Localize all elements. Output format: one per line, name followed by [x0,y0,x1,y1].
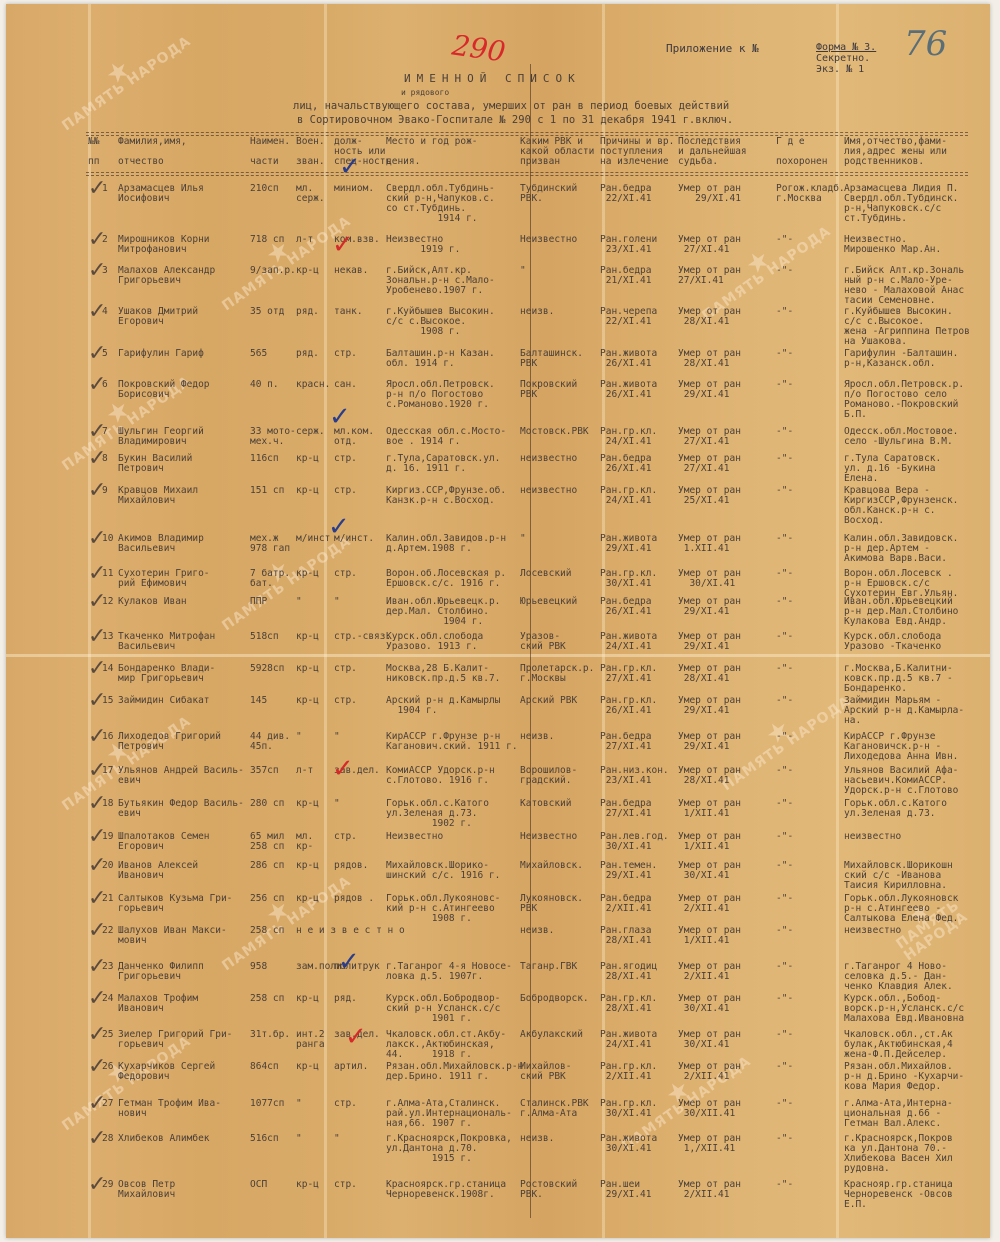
red-hospital-number: 290 [450,28,508,68]
cell-draft: Неизвестно [520,235,577,245]
cell-burial: -"- [776,454,793,464]
cell-outcome: Умер от ран 30/XII.41 [678,1099,741,1119]
cell-unit: 518сп [250,632,279,642]
cell-outcome: Умер от ран 27/XI.41 [678,427,741,447]
cell-draft: Ростовский РВК. [520,1180,577,1200]
cell-cause: Ран.темен. 29/XI.41 [600,861,657,881]
copy-label: Экз. № 1 [816,64,876,75]
cell-rank: " [296,732,302,742]
cell-birth: Рязан.обл.Михайловск.р-н дер.Брино. 1911… [386,1062,523,1082]
cell-rank: ряд. [296,307,319,317]
cell-draft: неизв. [520,1134,554,1144]
cell-unit: ОСП [250,1180,267,1190]
cell-cause: Ран.гр.кл. 27/XI.41 [600,664,657,684]
secret-label: Секретно. [816,53,876,64]
cell-unit: 718 сп [250,235,284,245]
cell-rank: " [296,597,302,607]
cell-rank: кр-ц [296,486,319,496]
cell-relatives: неизвестно [844,832,901,842]
cell-position: стр. [334,486,357,496]
cell-position: стр. [334,696,357,706]
cell-burial: -"- [776,926,793,936]
cell-rank: н е и з в е с т н о [296,926,405,936]
cell-name: Кравцов Михаил Михайлович [118,486,198,506]
cell-rank: кр-ц [296,861,319,871]
cell-outcome: Умер от ран 30/XI.41 [678,994,741,1014]
cell-draft: Михайлов- ский РВК [520,1062,571,1082]
cell-outcome: Умер от ран 2/XII.41 [678,1180,741,1200]
cell-unit: 116сп [250,454,279,464]
column-header-rank: Воен. зван. [296,137,325,167]
cell-cause: Ран.бедра 22/XI.41 [600,184,651,204]
cell-relatives: г.Бийск Алт.кр.Зональ ный р-н с.Мало-Уре… [844,266,964,306]
cell-burial: -"- [776,1134,793,1144]
cell-draft: неизвестно [520,486,577,496]
cell-relatives: г.Таганрог 4 Ново- селовка д.5.- Дан- че… [844,962,953,992]
cell-relatives: Одесск.обл.Мостовое. село -Шульгина В.М. [844,427,958,447]
cell-outcome: Умер от ран 27/XI.41 [678,266,741,286]
cell-draft: неизв. [520,732,554,742]
cell-birth: Михайловск.Шорико- шинский с/с. 1916 г. [386,861,500,881]
cell-rank: кр-ц [296,799,319,809]
cell-birth: Яросл.обл.Петровск. р-н п/о Погостово с.… [386,380,495,410]
cell-unit: 151 сп [250,486,284,496]
cell-name: Бондаренко Влади- мир Григорьевич [118,664,215,684]
cell-birth: Курск.обл.Бобродвор- ский р-н Усланск.с/… [386,994,500,1024]
cell-rank: серж. [296,427,325,437]
cell-unit: 286 сп [250,861,284,871]
cell-name: Овсов Петр Михайлович [118,1180,175,1200]
cell-position: ряд. [334,994,357,1004]
cell-name: Данченко Филипп Григорьевич [118,962,204,982]
cell-cause: Ран.лев.год. 30/XI.41 [600,832,669,852]
cell-cause: Ран.гр.кл. 28/XI.41 [600,994,657,1014]
column-header-relatives: Имя,отчество,фами- лия,адрес жены или ро… [844,137,947,167]
cell-num: 29 [102,1180,113,1190]
cell-num: 5 [102,349,108,359]
cell-position: стр. [334,832,357,842]
cell-relatives: Гарифулин -Балташин. р-н,Казанск.обл. [844,349,958,369]
cell-relatives: Горьк.обл.Лукояновск р-н с.Атингеево - С… [844,894,958,924]
cell-burial: Рогож.кладб. г.Москва [776,184,845,204]
cell-position: стр. [334,454,357,464]
cell-relatives: Арзамасцева Лидия П. Свердл.обл.Тубдинск… [844,184,958,224]
cell-outcome: Умер от ран 29/XI.41 [678,732,741,752]
cell-name: Бутьякин Федор Василь- евич [118,799,244,819]
cell-outcome: Умер от ран 27/XI.41 [678,454,741,474]
cell-num: 20 [102,861,113,871]
cell-rank: кр-ц [296,266,319,276]
cell-num: 11 [102,569,113,579]
cell-num: 21 [102,894,113,904]
cell-birth: Горьк.обл.с.Катого ул.Зеленая д.73. 1902… [386,799,489,829]
cell-cause: Ран.бедра 21/XI.41 [600,266,651,286]
cell-outcome: Умер от ран 28/XI.41 [678,664,741,684]
cell-draft: Лосевский [520,569,571,579]
cell-rank: мл. серж. [296,184,325,204]
cell-relatives: Горьк.обл.с.Катого ул.Зеленая д.73. [844,799,947,819]
cell-relatives: Краснояр.гр.станица Черноревенск -Овсов … [844,1180,953,1210]
cell-birth: Неизвестно [386,832,443,842]
cell-draft: Пролетарск.р. г.Москвы [520,664,594,684]
cell-num: 19 [102,832,113,842]
cell-unit: 33 мото- мех.ч. [250,427,296,447]
cell-burial: -"- [776,696,793,706]
cell-birth: Красноярск.гр.станица Черноревенск.1908г… [386,1180,506,1200]
cell-name: Арзамасцев Илья Иосифович [118,184,204,204]
cell-draft: неизв. [520,926,554,936]
form-number: Форма № 3. [816,42,876,53]
cell-num: 13 [102,632,113,642]
cell-unit: 357сп [250,766,279,776]
cell-draft: Сталинск.РВК г.Алма-Ата [520,1099,589,1119]
cell-cause: Ран.гр.кл. 2/XII.41 [600,1062,657,1082]
cell-relatives: г.Тула Саратовск. ул. д.16 -Букина Елена… [844,454,941,484]
cell-relatives: г.Красноярск,Покров ка ул.Дантона 70.- Х… [844,1134,953,1174]
cell-draft: Лукояновск. РВК [520,894,583,914]
cell-birth: г.Красноярск,Покровка, ул.Дантона д.70. … [386,1134,512,1164]
cell-name: Ульянов Андрей Василь- евич [118,766,244,786]
cell-birth: Арский р-н д.Камырлы 1904 г. [386,696,500,716]
cell-name: Гарифулин Гариф [118,349,204,359]
cell-draft: " [520,266,526,276]
column-header-name: Фамилия,имя, отчество [118,137,187,167]
cell-name: Зиелер Григорий Гри- горьевич [118,1030,232,1050]
cell-cause: Ран.бедра 27/XI.41 [600,732,651,752]
cell-position: " [334,732,340,742]
cell-unit: 9/зап.р. [250,266,296,276]
cell-name: Иванов Алексей Иванович [118,861,198,881]
cell-relatives: Ульянов Василий Афа- насьевич.КомиАССР. … [844,766,958,796]
column-header-draft: Каким РВК и какой области призван [520,137,594,167]
cell-num: 6 [102,380,108,390]
cell-position: сан. [334,380,357,390]
cell-outcome: Умер от ран 2/XII.41 [678,1062,741,1082]
cell-outcome: Умер от ран 2/XII.41 [678,962,741,982]
cell-unit: 258 сп [250,926,284,936]
check-mark: ✓ [332,756,354,782]
cell-burial: -"- [776,962,793,972]
cell-burial: -"- [776,597,793,607]
cell-rank: " [296,1099,302,1109]
cell-birth: Иван.обл.Юрьевецк.р. дер.Мал. Столбино. … [386,597,500,627]
cell-outcome: Умер от ран 1/XII.41 [678,832,741,852]
column-header-burial: Г д е похоронен [776,137,827,167]
column-header-unit: Наимен. части [250,137,290,167]
cell-relatives: Михайловск.Шорикошн ский с/с -Иванова Та… [844,861,953,891]
cell-draft: Покровский РВК [520,380,577,400]
cell-burial: -"- [776,799,793,809]
cell-birth: КирАССР г.Фрунзе р-н Каганович.ский. 191… [386,732,518,752]
cell-rank: л-т [296,235,313,245]
cell-burial: -"- [776,664,793,674]
cell-burial: -"- [776,266,793,276]
cell-burial: -"- [776,894,793,904]
cell-rank: кр-ц [296,454,319,464]
cell-birth: Москва,28 Б.Калит- никовск.пр.д.5 кв.7. [386,664,500,684]
cell-cause: Ран.низ.кон. 23/XI.41 [600,766,669,786]
cell-outcome: Умер от ран 29/XI.41 [678,632,741,652]
cell-num: 14 [102,664,113,674]
cell-name: Гетман Трофим Ива- нович [118,1099,221,1119]
cell-num: 8 [102,454,108,464]
cell-relatives: КирАССР г.Фрунзе Кагановичск.р-н - Лиход… [844,732,958,762]
cell-rank: " [296,1134,302,1144]
cell-num: 24 [102,994,113,1004]
cell-num: 1 [102,184,108,194]
cell-name: Шпалотаков Семен Егорович [118,832,210,852]
cell-num: 16 [102,732,113,742]
cell-burial: -"- [776,349,793,359]
cell-relatives: Ворон.обл.Лосевск . р-н Ершовск.с/с Сухо… [844,569,958,599]
cell-birth: г.Куйбышев Высокин. с/с с.Высокое. 1908 … [386,307,495,337]
cell-name: Малахов Трофим Иванович [118,994,198,1014]
cell-rank: кр-ц [296,632,319,642]
cell-draft: неизвестно [520,454,577,464]
cell-unit: 280 сп [250,799,284,809]
check-mark: ✓ [329,404,351,430]
column-header-num: №№ пп [88,137,99,167]
handwritten-page-number: 76 [904,24,947,64]
appendix-label: Приложение к № [666,42,759,55]
cell-outcome: Умер от ран 1/XII.41 [678,799,741,819]
cell-num: 26 [102,1062,113,1072]
cell-unit: 864сп [250,1062,279,1072]
cell-relatives: г.Алма-Ата,Интерна- циональная д.66 - Ге… [844,1099,953,1129]
cell-draft: Катовский [520,799,571,809]
cell-name: Ушаков Дмитрий Егорович [118,307,198,327]
cell-relatives: Займидин Марьям - Арский р-н д.Камырла- … [844,696,964,726]
cell-cause: Ран.бедра 26/XI.41 [600,597,651,617]
cell-name: Акимов Владимир Васильевич [118,534,204,554]
cell-outcome: Умер от ран 2/XII.41 [678,894,741,914]
cell-name: Сухотерин Григо- рий Ефимович [118,569,210,589]
cell-num: 10 [102,534,113,544]
check-mark: ✓ [345,1024,367,1050]
cell-cause: Ран.живота 24/XI.41 [600,632,657,652]
cell-birth: Горьк.обл.Лукояновс- кий р-н с.Атингеево… [386,894,500,924]
cell-unit: 35 отд [250,307,284,317]
cell-outcome: Умер от ран 30/XI.41 [678,1030,741,1050]
cell-outcome: Умер от ран 1.XII.41 [678,534,741,554]
cell-unit: 7 батр. бат. [250,569,290,589]
cell-burial: -"- [776,994,793,1004]
cell-outcome: Умер от ран 29/XI.41 [678,184,741,204]
cell-relatives: Чкаловск.обл.,ст.Ак булак,Актюбинская,4 … [844,1030,953,1060]
cell-rank: ряд. [296,349,319,359]
cell-burial: -"- [776,380,793,390]
subtitle-line: лиц, начальствующего состава, умерших от… [293,99,733,113]
cell-cause: Ран.голени 23/XI.41 [600,235,657,255]
cell-rank: кр-ц [296,569,319,579]
cell-position: некав. [334,266,368,276]
cell-outcome: Умер от ран 28/XI.41 [678,766,741,786]
cell-relatives: Кравцова Вера - КиргизССР,Фрунзенск. обл… [844,486,958,526]
cell-burial: -"- [776,307,793,317]
cell-num: 3 [102,266,108,276]
cell-outcome: Умер от ран 1/XII.41 [678,926,741,946]
cell-cause: Ран.гр.кл. 24/XI.41 [600,486,657,506]
cell-unit: 5928сп [250,664,284,674]
cell-birth: Киргиз.ССР,Фрунзе.об. Канзк.р-н с.Восход… [386,486,506,506]
cell-cause: Ран.ягодиц 28/XI.41 [600,962,657,982]
cell-num: 4 [102,307,108,317]
cell-name: Букин Василий Петрович [118,454,192,474]
cell-position: стр.-связ. [334,632,391,642]
cell-position: артил. [334,1062,368,1072]
cell-draft: Михайловск. [520,861,583,871]
cell-burial: -"- [776,832,793,842]
cell-cause: Ран.шеи 29/XI.41 [600,1180,651,1200]
fold-line-horizontal [6,654,990,657]
cell-birth: Калин.обл.Завидов.р-н д.Артем.1908 г. [386,534,506,554]
cell-name: Мирошников Корни Митрофанович [118,235,210,255]
cell-unit: 258 сп [250,994,284,1004]
document-page: ★ПАМЯТЬ НАРОДА ★ПАМЯТЬ НАРОДА ★ПАМЯТЬ НА… [6,4,990,1238]
cell-birth: Чкаловск.обл.ст.Акбу- лакск.,Актюбинская… [386,1030,506,1060]
cell-cause: Ран.глаза 28/XI.41 [600,926,651,946]
cell-rank: кр-ц [296,1062,319,1072]
cell-cause: Ран.гр.кл. 26/XI.41 [600,696,657,716]
cell-burial: -"- [776,569,793,579]
cell-unit: 65 мил 258 сп [250,832,284,852]
cell-cause: Ран.гр.кл. 30/XI.41 [600,1099,657,1119]
cell-cause: Ран.живота 29/XI.41 [600,534,657,554]
cell-position: стр. [334,1180,357,1190]
cell-rank: кр-ц [296,696,319,706]
cell-rank: м/инст [296,534,330,544]
cell-num: 7 [102,427,108,437]
cell-draft: Неизвестно [520,832,577,842]
cell-rank: кр-ц [296,664,319,674]
cell-birth: г.Бийск,Алт.кр. Зональн.р-н с.Мало- Уроб… [386,266,495,296]
cell-name: Кулаков Иван [118,597,187,607]
cell-draft: Юрьевецкий [520,597,577,607]
cell-cause: Ран.бедра 27/XI.41 [600,799,651,819]
cell-position: " [334,799,340,809]
title-insert: и рядового [401,88,449,97]
cell-outcome: Умер от ран 29/XI.41 [678,380,741,400]
cell-outcome: Умер от ран 1,/XII.41 [678,1134,741,1154]
cell-birth: Одесская обл.с.Мосто- вое . 1914 г. [386,427,506,447]
cell-rank: кр-ц [296,994,319,1004]
cell-draft: " [520,534,526,544]
cell-burial: -"- [776,732,793,742]
cell-birth: Балташин.р-н Казан. обл. 1914 г. [386,349,495,369]
cell-cause: Ран.бедра 26/XI.41 [600,454,651,474]
cell-cause: Ран.гр.кл. 30/XI.41 [600,569,657,589]
cell-burial: -"- [776,766,793,776]
cell-name: Лиходедов Григорий Петрович [118,732,221,752]
cell-unit: 256 сп [250,894,284,904]
column-header-birth: Место и год рож- дения. [386,137,478,167]
cell-name: Малахов Александр Григорьевич [118,266,215,286]
cell-position: рядов . [334,894,374,904]
cell-unit: 958 [250,962,267,972]
cell-birth: КомиАССР Удорск.р-н с.Глотово. 1916 г. [386,766,495,786]
cell-num: 18 [102,799,113,809]
cell-draft: Акбулакский [520,1030,583,1040]
watermark: ★ПАМЯТЬ НАРОДА [52,23,194,134]
cell-relatives: Курск.обл.,Бобод- ворск.р-н,Усланск.с/с … [844,994,964,1024]
cell-name: Покровский Федор Борисович [118,380,210,400]
cell-relatives: Неизвестно. Мирошенко Мар.Ан. [844,235,941,255]
cell-rank: мл. кр- [296,832,313,852]
cell-num: 12 [102,597,113,607]
cell-unit: 565 [250,349,267,359]
cell-rank: кр-ц [296,894,319,904]
cell-birth: Неизвестно 1919 г. [386,235,460,255]
cell-draft: неизв. [520,307,554,317]
cell-position: " [334,597,340,607]
form-label-block: Форма № 3. Секретно. Экз. № 1 [816,42,876,75]
cell-relatives: Калин.обл.Завидовск. р-н дер.Артем - Аки… [844,534,958,564]
cell-cause: Ран.гр.кл. 24/XI.41 [600,427,657,447]
cell-birth: Курск.обл.слобода Уразово. 1913 г. [386,632,483,652]
cell-draft: Таганр.ГВК [520,962,577,972]
cell-relatives: Курск.обл.слобода Уразово -Ткаченко [844,632,941,652]
cell-name: Шульгин Георгий Владимирович [118,427,204,447]
cell-burial: -"- [776,427,793,437]
cell-rank: кр-ц [296,1180,319,1190]
cell-relatives: неизвестно [844,926,901,936]
cell-birth: Свердл.обл.Тубдинь- ский р-н,Чапуков.с. … [386,184,495,224]
cell-name: Шалухов Иван Макси- мович [118,926,227,946]
cell-position: стр. [334,569,357,579]
cell-position: рядов. [334,861,368,871]
document-title: ИМЕННОЙ СПИСОК [404,72,581,85]
cell-unit: 516сп [250,1134,279,1144]
cell-name: Хлибеков Алимбек [118,1134,210,1144]
column-header-outcome: Последствия и дальнейшая судьба. [678,137,747,167]
cell-relatives: Яросл.обл.Петровск.р. п/о Погостово село… [844,380,964,420]
cell-name: Ткаченко Митрофан Васильевич [118,632,215,652]
cell-num: 2 [102,235,108,245]
check-mark: ✓ [339,154,361,180]
cell-position: танк. [334,307,363,317]
cell-burial: -"- [776,486,793,496]
cell-cause: Ран.живота 30/XI.41 [600,1134,657,1154]
cell-unit: 210сп [250,184,279,194]
cell-num: 28 [102,1134,113,1144]
cell-draft: Тубдинский РВК. [520,184,577,204]
cell-unit: 44 див. 45п. [250,732,290,752]
cell-name: Займидин Сибакат [118,696,210,706]
cell-cause: Ран.бедра 2/XII.41 [600,894,651,914]
cell-rank: инт.2 ранга [296,1030,325,1050]
watermark: ★ПАМЯТЬ НАРОДА [212,863,354,974]
cell-cause: Ран.живота 24/XI.41 [600,1030,657,1050]
subtitle-line: в Сортировочном Эвако-Госпитале № 290 с … [293,113,733,127]
cell-num: 22 [102,926,113,936]
cell-unit: ППР [250,597,267,607]
document-subtitle: лиц, начальствующего состава, умерших от… [293,99,733,127]
cell-draft: Арский РВК [520,696,577,706]
cell-burial: -"- [776,1180,793,1190]
cell-position: стр. [334,664,357,674]
cell-draft: Бобродворск. [520,994,589,1004]
cell-birth: г.Алма-Ата,Сталинск. рай.ул.Интернациона… [386,1099,512,1129]
header-rule [86,172,968,176]
cell-birth: г.Таганрог 4-я Новосе- ловка д.5. 1907г. [386,962,512,982]
cell-position: стр. [334,349,357,359]
cell-relatives: Иван.обл.Юрьевецкий р-н дер.Мал.Столбино… [844,597,958,627]
cell-burial: -"- [776,534,793,544]
cell-outcome: Умер от ран 28/XI.41 [678,307,741,327]
cell-num: 9 [102,486,108,496]
cell-num: 15 [102,696,113,706]
watermark: ★ПАМЯТЬ НАРОДА [52,703,194,814]
